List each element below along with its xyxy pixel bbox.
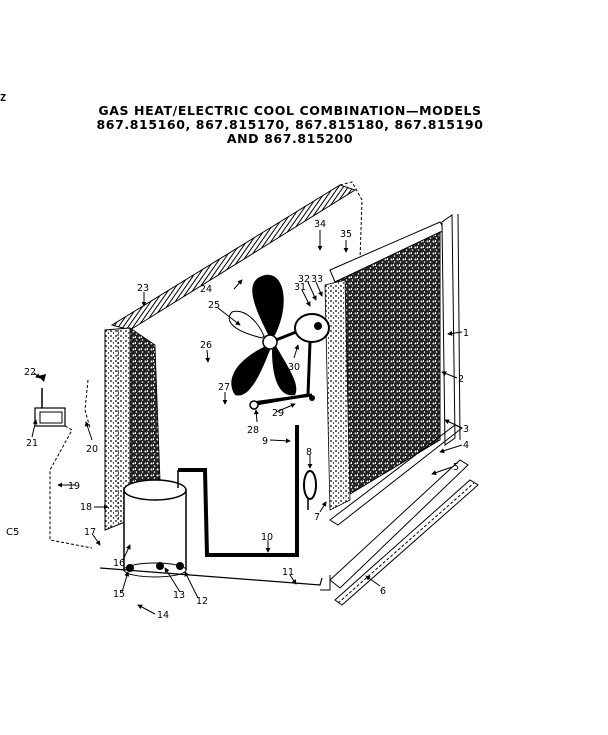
callout-28: 28 — [247, 425, 259, 436]
callout-15: 15 — [113, 589, 125, 600]
callout-1: 1 — [463, 328, 469, 339]
callout-14: 14 — [157, 610, 169, 621]
top-cover — [112, 182, 362, 330]
callout-7: 7 — [314, 512, 320, 523]
evaporator-coil-right — [325, 214, 460, 510]
callout-33: 33 — [311, 274, 323, 285]
callout-11: 11 — [282, 567, 294, 578]
drier-assembly — [35, 374, 92, 548]
parts-diagram: 1 2 3 4 5 6 7 8 9 10 11 12 13 14 15 16 1… — [0, 0, 608, 735]
callout-26: 26 — [200, 340, 212, 351]
callout-17: 17 — [84, 527, 96, 538]
callout-3: 3 — [463, 424, 469, 435]
callout-21: 21 — [26, 438, 38, 449]
callout-22: 22 — [24, 367, 36, 378]
callout-6: 6 — [380, 586, 386, 597]
callout-9: 9 — [262, 436, 268, 447]
compressor — [124, 480, 186, 577]
callout-32: 32 — [298, 274, 310, 285]
callout-13: 13 — [173, 590, 185, 601]
refrigerant-tubing — [178, 425, 297, 555]
callout-29: 29 — [272, 408, 284, 419]
callout-30: 30 — [288, 362, 300, 373]
callout-10: 10 — [261, 532, 273, 543]
capillary-tube — [304, 471, 316, 510]
callout-8: 8 — [306, 447, 312, 458]
callout-2: 2 — [458, 374, 464, 385]
callout-35: 35 — [340, 229, 352, 240]
callout-34: 34 — [314, 219, 326, 230]
callout-19: 19 — [68, 481, 80, 492]
callout-5: 5 — [453, 462, 459, 473]
callout-27: 27 — [218, 382, 230, 393]
callout-20: 20 — [86, 444, 98, 455]
callout-16: 16 — [113, 558, 125, 569]
callout-25: 25 — [208, 300, 220, 311]
callout-4: 4 — [463, 440, 469, 451]
callout-24: 24 — [200, 284, 212, 295]
motor-bracket — [250, 395, 315, 409]
callout-18: 18 — [80, 502, 92, 513]
callout-12: 12 — [196, 596, 208, 607]
callout-23: 23 — [137, 283, 149, 294]
